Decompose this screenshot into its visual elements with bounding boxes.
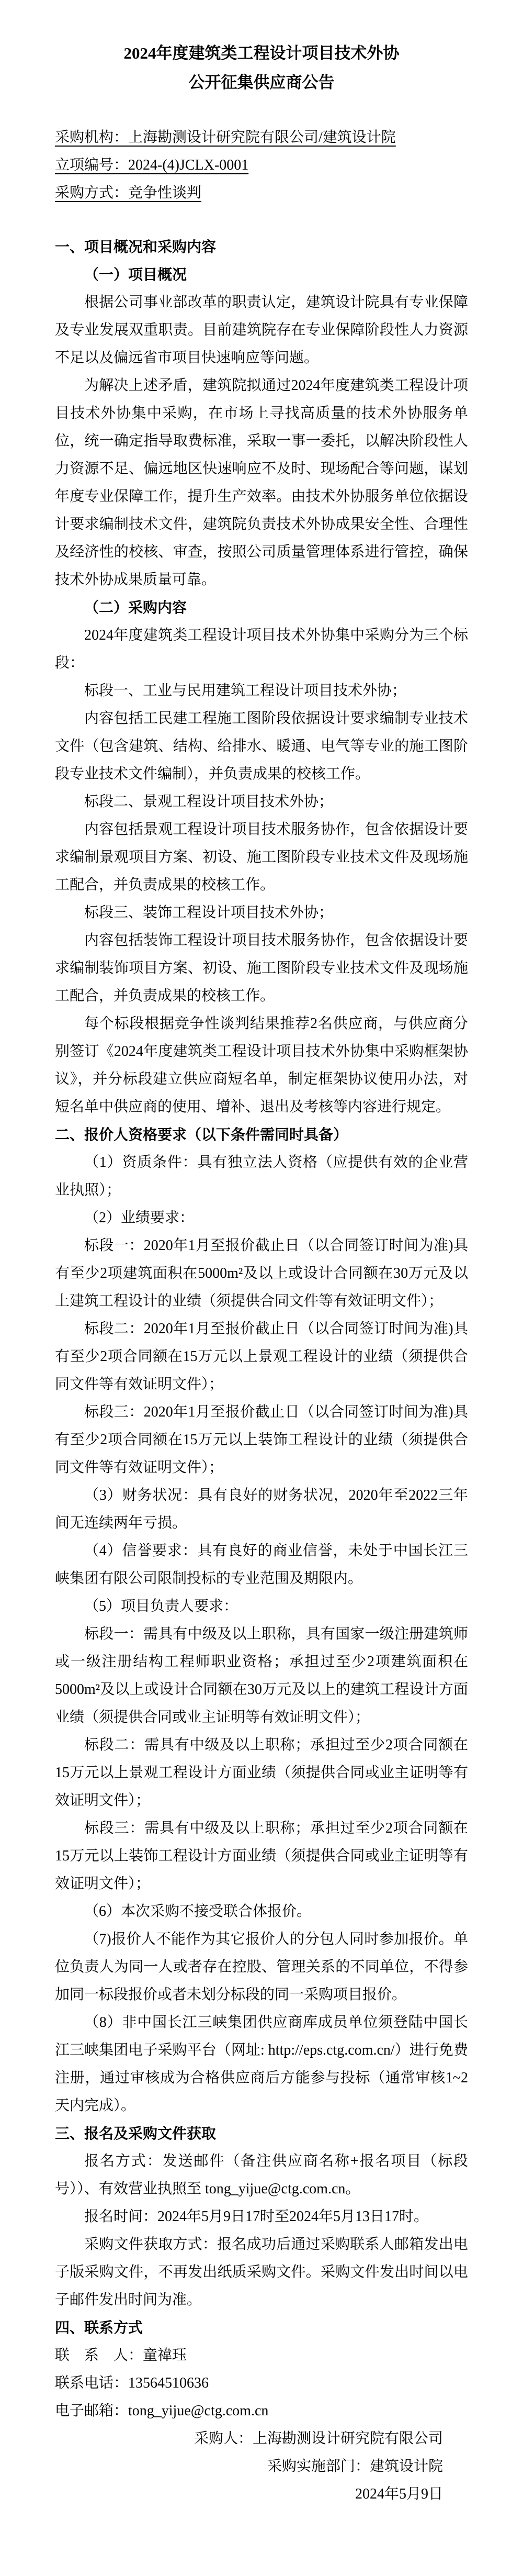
- paragraph: 根据公司事业部改革的职责认定，建筑设计院具有专业保障及专业发展双重职责。目前建筑…: [55, 288, 468, 372]
- paragraph: 标段一：2020年1月至报价截止日（以合同签订时间为准)具有至少2项建筑面积在5…: [55, 1232, 468, 1315]
- sub-heading: （一）项目概况: [55, 261, 468, 288]
- contact-line: 电子邮箱：tong_yijue@ctg.com.cn: [55, 2397, 468, 2425]
- paragraph: （3）财务状况：具有良好的财务状况，2020年至2022三年间无连续两年亏损。: [55, 1481, 468, 1537]
- signature-line: 采购实施部门：建筑设计院: [55, 2452, 468, 2480]
- paragraph: 每个标段根据竞争性谈判结果推荐2名供应商，与供应商分别签订《2024年度建筑类工…: [55, 1010, 468, 1121]
- contact-line: 联 系 人：童禕珏: [55, 2341, 468, 2369]
- paragraph: 为解决上述矛盾，建筑院拟通过2024年度建筑类工程设计项目技术外协集中采购，在市…: [55, 372, 468, 594]
- contact-line: 联系电话：13564510636: [55, 2369, 468, 2397]
- section-heading: 二、报价人资格要求（以下条件需同时具备）: [55, 1121, 468, 1148]
- paragraph: （5）项目负责人要求：: [55, 1592, 468, 1620]
- paragraph: （4）信誉要求：具有良好的商业信誉，未处于中国长江三峡集团有限公司限制投标的专业…: [55, 1537, 468, 1592]
- section-heading: 三、报名及采购文件获取: [55, 2120, 468, 2147]
- announcement-document: 2024年度建筑类工程设计项目技术外协公开征集供应商公告采购机构：上海勘测设计研…: [0, 0, 523, 2576]
- paragraph: 标段三：需具有中级及以上职称；承担过至少2项合同额在15万元以上装饰工程设计方面…: [55, 1814, 468, 1898]
- document-body: 2024年度建筑类工程设计项目技术外协公开征集供应商公告采购机构：上海勘测设计研…: [55, 39, 468, 2508]
- paragraph: 标段二、景观工程设计项目技术外协；: [55, 788, 468, 816]
- paragraph: （1）资质条件：具有独立法人资格（应提供有效的企业营业执照）；: [55, 1148, 468, 1204]
- paragraph: 标段一、工业与民用建筑工程设计项目技术外协；: [55, 677, 468, 705]
- paragraph: 内容包括装饰工程设计项目技术服务协作，包含依据设计要求编制装饰项目方案、初设、施…: [55, 927, 468, 1010]
- sub-heading: （二）采购内容: [55, 594, 468, 621]
- paragraph: 内容包括景观工程设计项目技术服务协作，包含依据设计要求编制景观项目方案、初设、施…: [55, 816, 468, 899]
- paragraph: 内容包括工民建工程施工图阶段依据设计要求编制专业技术文件（包含建筑、结构、给排水…: [55, 705, 468, 788]
- paragraph: 2024年度建筑类工程设计项目技术外协集中采购分为三个标段：: [55, 621, 468, 677]
- signature-line: 采购人：上海勘测设计研究院有限公司: [55, 2425, 468, 2452]
- paragraph: 标段一：需具有中级及以上职称，具有国家一级注册建筑师或一级注册结构工程师职业资格…: [55, 1620, 468, 1731]
- paragraph: （8）非中国长江三峡集团供应商库成员单位须登陆中国长江三峡集团电子采购平台（网址…: [55, 2009, 468, 2120]
- section-heading: 一、项目概况和采购内容: [55, 233, 468, 261]
- paragraph: （2）业绩要求：: [55, 1204, 468, 1232]
- meta-line: 采购机构：上海勘测设计研究院有限公司/建筑设计院: [55, 124, 468, 151]
- paragraph: （6）本次采购不接受联合体报价。: [55, 1898, 468, 1925]
- paragraph: 标段三、装饰工程设计项目技术外协；: [55, 899, 468, 927]
- signature-line: 2024年5月9日: [55, 2480, 468, 2508]
- document-title-line: 公开征集供应商公告: [55, 68, 468, 97]
- paragraph: 标段三：2020年1月至报价截止日（以合同签订时间为准)具有至少2项合同额在15…: [55, 1398, 468, 1481]
- paragraph: 报名方式：发送邮件（备注供应商名称+报名项目（标段号））、有效营业执照至 ton…: [55, 2147, 468, 2203]
- paragraph: 报名时间：2024年5月9日17时至2024年5月13日17时。: [55, 2203, 468, 2231]
- meta-line: 采购方式：竞争性谈判: [55, 179, 468, 207]
- paragraph: （7)报价人不能作为其它报价人的分包人同时参加报价。单位负责人为同一人或者存在控…: [55, 1925, 468, 2009]
- paragraph: 标段二：2020年1月至报价截止日（以合同签订时间为准)具有至少2项合同额在15…: [55, 1315, 468, 1398]
- paragraph: 采购文件获取方式：报名成功后通过采购联系人邮箱发出电子版采购文件，不再发出纸质采…: [55, 2231, 468, 2314]
- document-title-line: 2024年度建筑类工程设计项目技术外协: [55, 39, 468, 68]
- meta-line: 立项编号：2024-(4)JCLX-0001: [55, 151, 468, 179]
- paragraph: 标段二：需具有中级及以上职称；承担过至少2项合同额在15万元以上景观工程设计方面…: [55, 1731, 468, 1814]
- section-heading: 四、联系方式: [55, 2314, 468, 2341]
